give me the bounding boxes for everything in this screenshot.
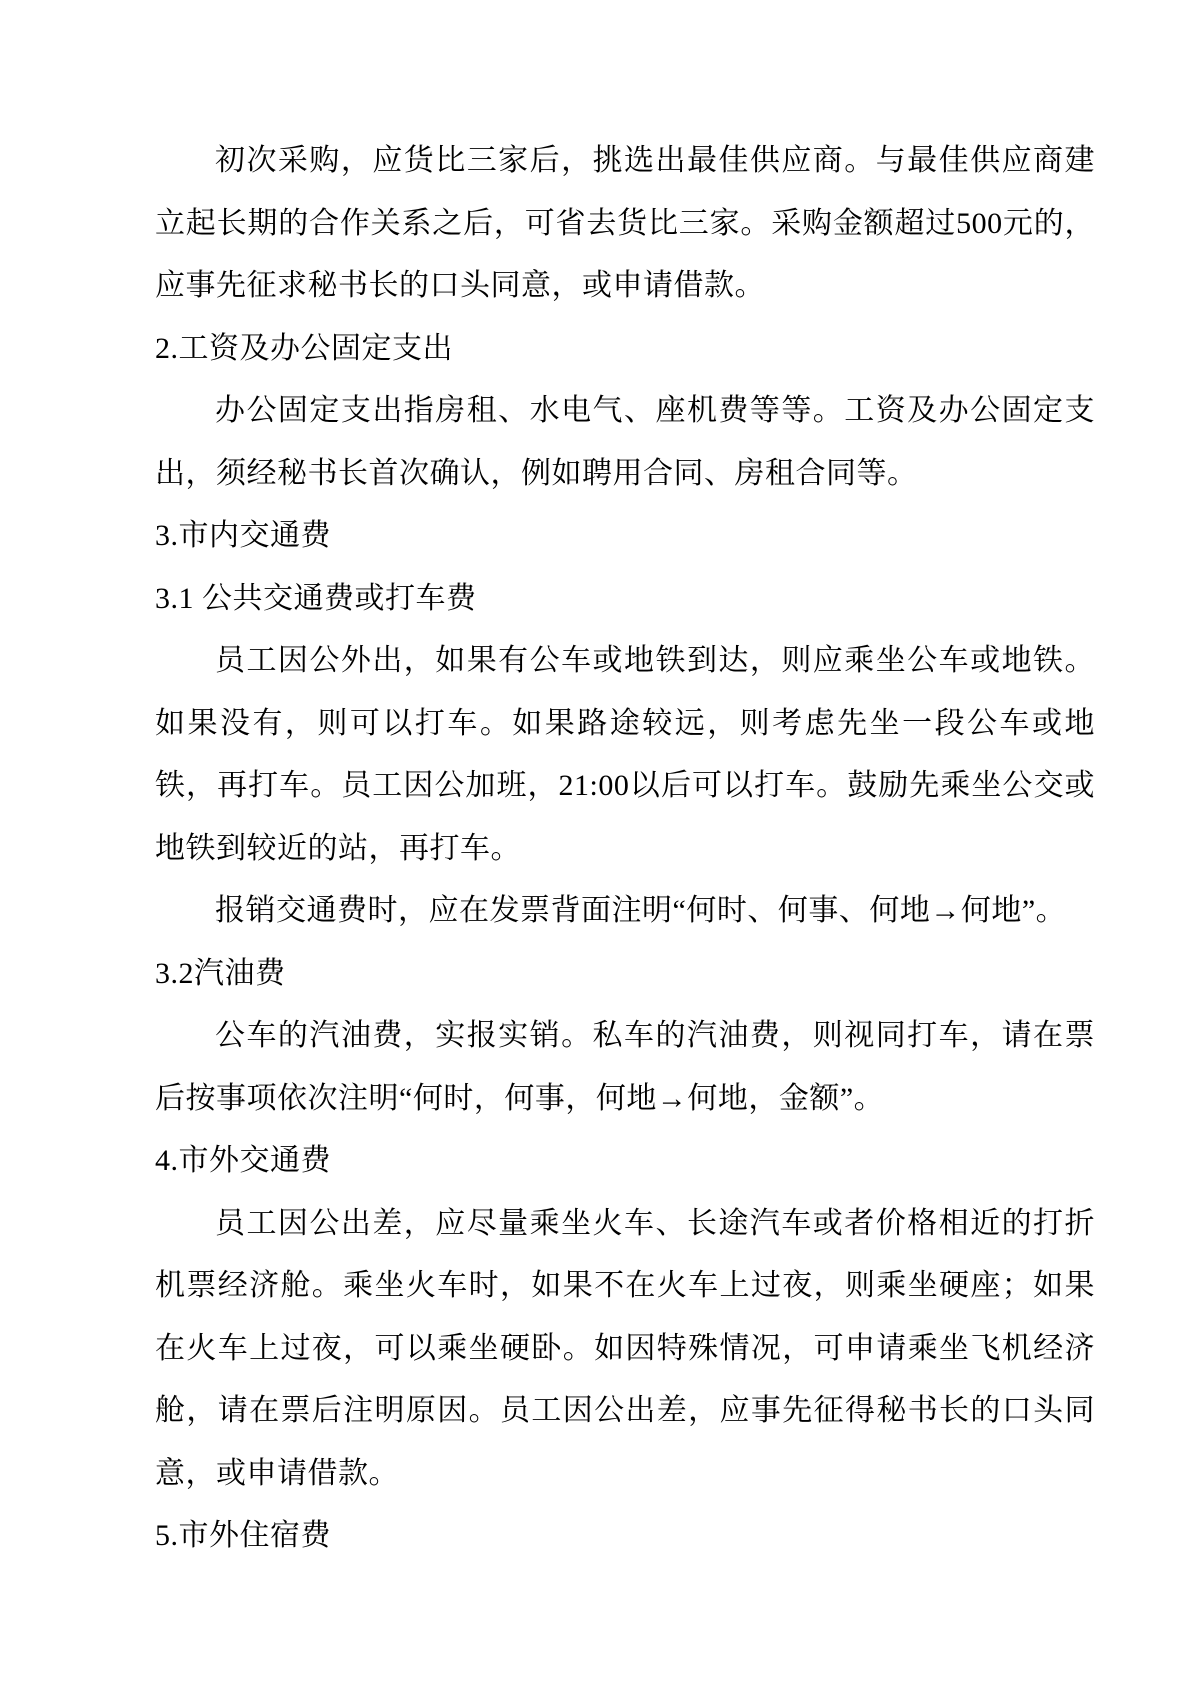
document-content: 初次采购，应货比三家后，挑选出最佳供应商。与最佳供应商建立起长期的合作关系之后，… bbox=[0, 0, 1190, 1568]
document-page: 初次采购，应货比三家后，挑选出最佳供应商。与最佳供应商建立起长期的合作关系之后，… bbox=[0, 0, 1190, 1684]
body-paragraph: 员工因公出差，应尽量乘坐火车、长途汽车或者价格相近的打折机票经济舱。乘坐火车时，… bbox=[155, 1193, 1095, 1506]
section-heading: 3.2汽油费 bbox=[155, 943, 1095, 1006]
section-heading: 3.1 公共交通费或打车费 bbox=[155, 568, 1095, 631]
body-paragraph: 公车的汽油费，实报实销。私车的汽油费，则视同打车，请在票后按事项依次注明“何时，… bbox=[155, 1005, 1095, 1130]
body-paragraph: 报销交通费时，应在发票背面注明“何时、何事、何地→何地”。 bbox=[155, 880, 1095, 943]
section-heading: 2.工资及办公固定支出 bbox=[155, 318, 1095, 381]
section-heading: 4.市外交通费 bbox=[155, 1130, 1095, 1193]
section-heading: 5.市外住宿费 bbox=[155, 1505, 1095, 1568]
body-paragraph: 员工因公外出，如果有公车或地铁到达，则应乘坐公车或地铁。如果没有，则可以打车。如… bbox=[155, 630, 1095, 880]
body-paragraph: 初次采购，应货比三家后，挑选出最佳供应商。与最佳供应商建立起长期的合作关系之后，… bbox=[155, 130, 1095, 318]
section-heading: 3.市内交通费 bbox=[155, 505, 1095, 568]
body-paragraph: 办公固定支出指房租、水电气、座机费等等。工资及办公固定支出，须经秘书长首次确认，… bbox=[155, 380, 1095, 505]
